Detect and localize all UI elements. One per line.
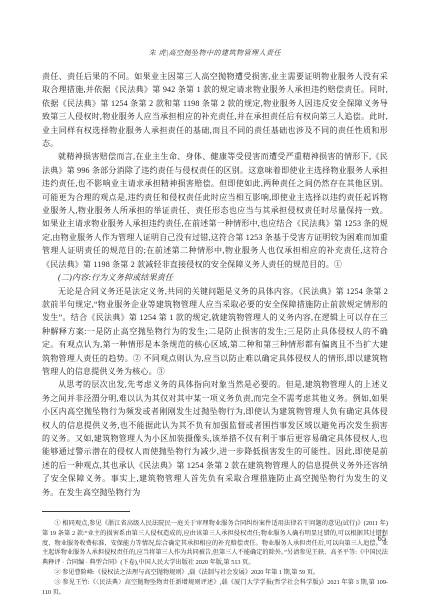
section-subheading: (二)内容:行为义务抑或结果责任 [42, 271, 388, 284]
paragraph: 无论是合同义务还是法定义务,共同的关键问题是义务的具体内容。《民法典》第 125… [42, 285, 388, 379]
running-head: 朱 虎|高空抛坠物中的建筑物管理人责任 [42, 48, 388, 58]
article-body: 责任、责任后果的不同。如果业主因第三人高空抛物遭受损害,业主需要证明物业服务人没… [42, 70, 388, 499]
footnote: ① 相同观点,参见《浙江省高级人民法院民一庭关于审理物业服务合同纠纷案件适用法律… [42, 519, 388, 568]
page-number: 65 [378, 533, 387, 543]
footnote: ② 参见曹险峰:《侵权法之法理与高空抛物规则》,载《法制与社会发展》2020 年… [42, 568, 388, 578]
paragraph-continuation: 责任、责任后果的不同。如果业主因第三人高空抛物遭受损害,业主需要证明物业服务人没… [42, 70, 388, 150]
paragraph: 从思考的层次出发,先考虑义务的具体指向对象当然是必要的。但是,建筑物管理人的上述… [42, 378, 388, 499]
footnotes-block: ① 相同观点,参见《浙江省高级人民法院民一庭关于审理物业服务合同纠纷案件适用法律… [42, 519, 388, 597]
paragraph: 就精神损害赔偿而言,在业主生命、身体、健康等受侵害而遭受严重精神损害的情形下,《… [42, 150, 388, 271]
paper-page: 朱 虎|高空抛坠物中的建筑物管理人责任 责任、责任后果的不同。如果业主因第三人高… [0, 0, 427, 603]
footnote: ③ 参见王竹:《〈民法典〉高空抛物坠物责任新增规则评述》,载《厦门大学学报(哲学… [42, 578, 388, 598]
footnote-separator [42, 511, 130, 512]
